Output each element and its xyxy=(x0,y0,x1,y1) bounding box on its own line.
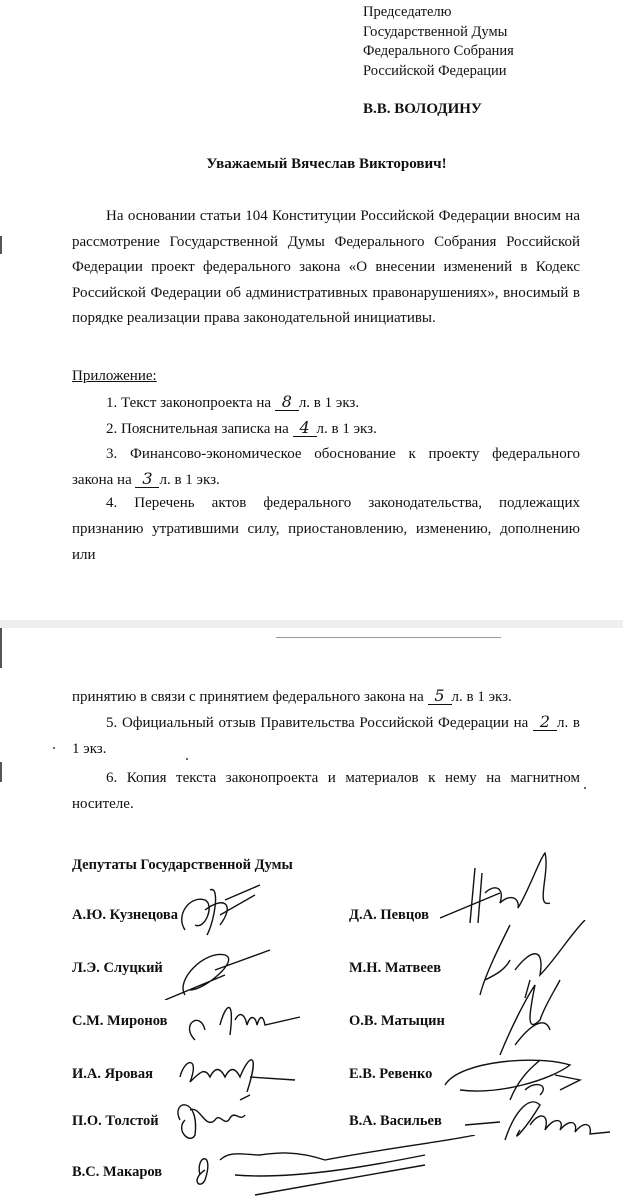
attachment-item-4-continuation: принятию в связи с принятием федеральног… xyxy=(72,684,580,710)
deputies-title: Депутаты Государственной Думы xyxy=(72,857,293,874)
item-suffix: л. в 1 экз. xyxy=(159,472,219,488)
attachment-item-1: 1. Текст законопроекта на 8л. в 1 экз. xyxy=(72,390,580,416)
item-text: 5. Официальный отзыв Правительства Росси… xyxy=(106,715,528,731)
attachment-item-2: 2. Пояснительная записка на 4л. в 1 экз. xyxy=(72,416,580,442)
scan-edge-mark xyxy=(0,236,2,254)
item-suffix: л. в 1 экз. xyxy=(299,395,359,411)
handwritten-page-count: 4 xyxy=(293,420,317,437)
attachment-item-4: 4. Перечень актов федерального законодат… xyxy=(72,490,580,568)
deputy-name: В.А. Васильев xyxy=(349,1113,442,1130)
document-page-1: Председателю Государственной Думы Федера… xyxy=(0,0,623,620)
attachments-title: Приложение: xyxy=(72,368,157,385)
handwritten-page-count: 8 xyxy=(275,394,299,411)
attachment-item-6: 6. Копия текста законопроекта и материал… xyxy=(72,765,580,817)
deputy-name: М.Н. Матвеев xyxy=(349,960,441,977)
deputy-name: А.Ю. Кузнецова xyxy=(72,907,178,924)
deputy-name: О.В. Матыцин xyxy=(349,1013,445,1030)
item-text: принятию в связи с принятием федеральног… xyxy=(72,689,424,705)
page-break xyxy=(0,620,623,628)
item-text: 2. Пояснительная записка на xyxy=(106,421,289,437)
attachment-item-5: 5. Официальный отзыв Правительства Росси… xyxy=(72,710,580,762)
deputy-name: С.М. Миронов xyxy=(72,1013,167,1030)
item-suffix: л. в 1 экз. xyxy=(452,689,512,705)
addressee-line: Государственной Думы xyxy=(363,23,514,43)
addressee-line: Федерального Собрания xyxy=(363,42,514,62)
deputy-name: Д.А. Певцов xyxy=(349,907,429,924)
deputy-name: Л.Э. Слуцкий xyxy=(72,960,163,977)
scan-speck xyxy=(53,747,55,749)
salutation: Уважаемый Вячеслав Викторович! xyxy=(0,156,623,173)
item-text: 6. Копия текста законопроекта и материал… xyxy=(72,770,580,812)
body-paragraph: На основании статьи 104 Конституции Росс… xyxy=(72,204,580,332)
scan-speck xyxy=(186,758,188,760)
addressee-name: В.В. ВОЛОДИНУ xyxy=(363,100,514,120)
item-suffix: л. в 1 экз. xyxy=(317,421,377,437)
scan-edge-mark xyxy=(0,628,2,668)
handwritten-page-count: 3 xyxy=(135,471,159,488)
deputy-name: П.О. Толстой xyxy=(72,1113,159,1130)
item-text: 4. Перечень актов федерального законодат… xyxy=(72,495,580,563)
deputy-name: В.С. Макаров xyxy=(72,1164,162,1181)
attachment-item-3: 3. Финансово-экономическое обоснование к… xyxy=(72,441,580,493)
deputy-name: Е.В. Ревенко xyxy=(349,1066,432,1083)
addressee-block: Председателю Государственной Думы Федера… xyxy=(363,3,514,120)
handwritten-page-count: 2 xyxy=(533,714,557,731)
handwritten-page-count: 5 xyxy=(428,688,452,705)
scan-artifact-line xyxy=(276,637,501,638)
addressee-line: Председателю xyxy=(363,3,514,23)
addressee-line: Российской Федерации xyxy=(363,62,514,82)
item-text: 1. Текст законопроекта на xyxy=(106,395,271,411)
deputy-name: И.А. Яровая xyxy=(72,1066,153,1083)
scan-edge-mark xyxy=(0,762,2,782)
scan-speck xyxy=(584,787,586,789)
